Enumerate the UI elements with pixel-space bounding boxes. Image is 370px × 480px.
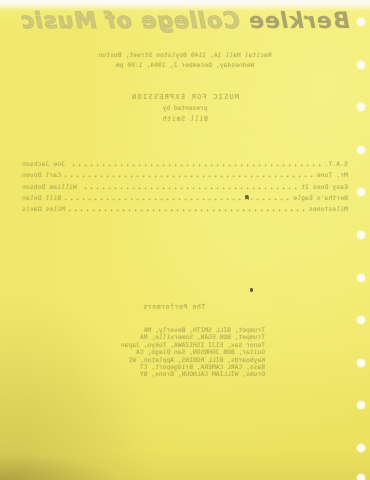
- composer-name: Bill Dolan: [22, 194, 61, 202]
- program-row: Mr. Tune Carl Doven: [22, 168, 348, 179]
- bleed-through-layer: Berklee College of Music Recital Hall 1A…: [0, 0, 370, 480]
- piece-title: Bertha's Eagle: [293, 194, 348, 202]
- punch-hole: [357, 274, 365, 282]
- punch-hole: [357, 18, 365, 26]
- program-row: Easy Does It William Dobson: [22, 179, 348, 190]
- ink-speck: [245, 195, 249, 199]
- performer-line: Drums, WILLIAM CALHOUN, Bronx, NY: [83, 371, 265, 378]
- composer-name: Miles Davis: [22, 205, 65, 213]
- piece-title: S.A.T.: [325, 160, 348, 168]
- punch-hole: [357, 359, 365, 367]
- piece-title: Milestones: [309, 205, 348, 213]
- composer-name: Carl Doven: [22, 171, 61, 179]
- dot-leader: [81, 187, 297, 190]
- punch-hole: [357, 474, 365, 480]
- presented-by-label: presented by: [0, 103, 370, 114]
- logo-words-college-of-music: College of Music: [20, 9, 239, 34]
- performer-line: Trumpet, BOB EGAN, Somerville, MA: [83, 334, 265, 341]
- presenter-name: Bill Smith: [0, 114, 370, 125]
- program-row: S.A.T. Joe Jackson: [22, 157, 348, 168]
- venue-line: Recital Hall 1A, 1140 Boylston Street, B…: [0, 51, 370, 61]
- date-line: Wednesday, December 2, 1994, 1:00 pm: [0, 61, 370, 71]
- dot-leader: [69, 209, 305, 212]
- performer-line: Keyboards, BILL ROBINS, Appleton, WI: [83, 357, 265, 364]
- title-block: MUSIC FOR EXPRESSION presented by Bill S…: [0, 92, 370, 125]
- logo-word-berklee: Berklee: [248, 9, 350, 34]
- program-list: S.A.T. Joe Jackson Mr. Tune Carl Doven E…: [22, 157, 348, 213]
- venue-and-date: Recital Hall 1A, 1140 Boylston Street, B…: [0, 51, 370, 70]
- piece-title: Mr. Tune: [317, 171, 348, 179]
- berklee-logo: Berklee College of Music: [0, 9, 370, 34]
- performers-list: Trumpet, BILL SMITH, Beverly, MA Trumpet…: [83, 327, 265, 379]
- page-corner-shadow: [0, 454, 120, 480]
- performers-heading: The Performers: [83, 303, 265, 311]
- piece-title: Easy Does It: [301, 183, 348, 191]
- composer-name: Joe Jackson: [22, 160, 65, 168]
- composer-name: William Dobson: [22, 183, 77, 191]
- punch-hole: [357, 146, 365, 154]
- dot-leader: [69, 164, 320, 167]
- program-row: Milestones Miles Davis: [22, 202, 348, 213]
- program-row: Bertha's Eagle Bill Dolan: [22, 191, 348, 202]
- punch-hole: [357, 444, 365, 452]
- dot-leader: [65, 198, 289, 201]
- punch-hole: [357, 61, 365, 69]
- performer-line: Guitar, BOB JOHNSON, San Diego, CA: [83, 349, 265, 356]
- punch-hole: [357, 231, 365, 239]
- event-title: MUSIC FOR EXPRESSION: [0, 92, 370, 103]
- scanned-page: Berklee College of Music Recital Hall 1A…: [0, 0, 370, 480]
- ink-speck: [250, 288, 253, 292]
- dot-leader: [65, 175, 313, 178]
